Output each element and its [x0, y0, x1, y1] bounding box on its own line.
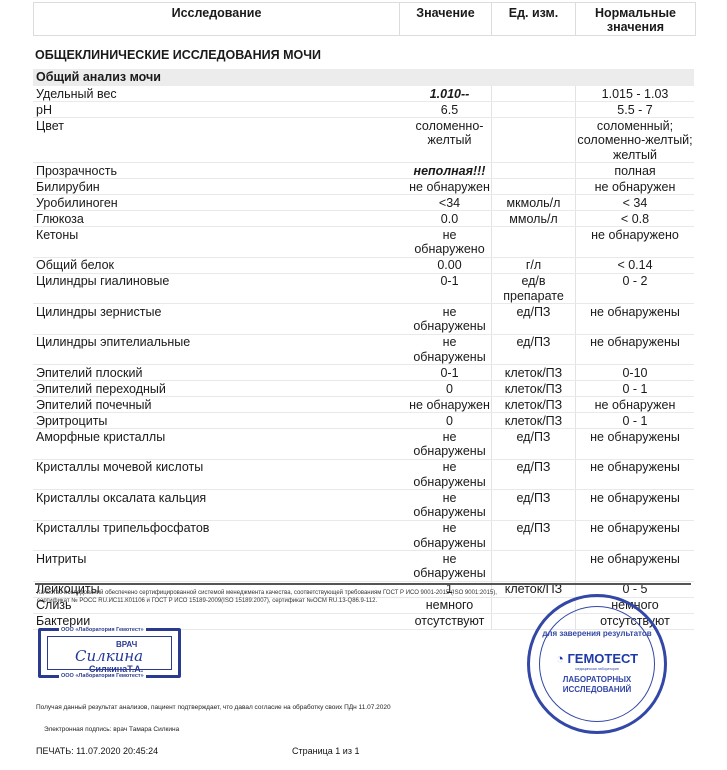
test-name: Удельный вес: [33, 86, 408, 101]
test-value: не обнаружены: [408, 551, 492, 581]
test-norm: не обнаружены: [576, 304, 694, 334]
table-row: Кристаллы оксалата кальцияне обнаруженые…: [33, 490, 694, 521]
table-row: Цветсоломенно-желтыйсоломенный; соломенн…: [33, 118, 694, 163]
subsection-title: Общий анализ мочи: [33, 69, 694, 86]
test-value: не обнаружено: [408, 227, 492, 257]
consent-note: Получая данный результат анализов, пацие…: [36, 704, 391, 711]
test-norm: не обнаружены: [576, 551, 694, 581]
test-name: Кристаллы трипельфосфатов: [33, 521, 408, 551]
seal-line2: ЛАБОРАТОРНЫХ ИССЛЕДОВАНИЙ: [530, 675, 664, 695]
test-norm: 0 - 1: [576, 413, 694, 428]
table-row: Кристаллы мочевой кислотыне обнаруженыед…: [33, 460, 694, 491]
test-unit: ед/ПЗ: [492, 429, 576, 459]
test-value: 0-1: [408, 365, 492, 380]
test-value: не обнаружены: [408, 460, 492, 490]
test-name: Кристаллы мочевой кислоты: [33, 460, 408, 490]
table-row: Удельный вес1.010--1.015 - 1.03: [33, 86, 694, 102]
test-value: 0: [408, 413, 492, 428]
seal-brand-logo: ◔ ГЕМОТЕСТ: [530, 651, 664, 666]
test-unit: [492, 118, 576, 162]
test-unit: клеток/ПЗ: [492, 365, 576, 380]
test-unit: клеток/ПЗ: [492, 381, 576, 396]
electronic-signature: Электронная подпись: врач Тамара Силкина: [44, 726, 179, 733]
seal-brand: ГЕМОТЕСТ: [567, 651, 638, 666]
results-rows: Удельный вес1.010--1.015 - 1.03pH6.55.5 …: [33, 86, 694, 630]
header-norm: Нормальные значения: [576, 3, 695, 35]
quality-note: Качество исследований обеспечено сертифи…: [37, 589, 507, 605]
test-value: неполная!!!: [408, 163, 492, 178]
test-name: Цвет: [33, 118, 408, 162]
test-unit: ед/ПЗ: [492, 304, 576, 334]
test-norm: 5.5 - 7: [576, 102, 694, 117]
test-name: Цилиндры зернистые: [33, 304, 408, 334]
table-row: Общий белок0.00г/л< 0.14: [33, 258, 694, 274]
table-row: Уробилиноген<34мкмоль/л< 34: [33, 195, 694, 211]
test-name: Эпителий плоский: [33, 365, 408, 380]
stamp-org-bottom: ООО «Лаборатория Гемотест»: [59, 673, 146, 679]
test-value: не обнаружен: [408, 397, 492, 412]
header-test: Исследование: [34, 3, 400, 35]
test-unit: мкмоль/л: [492, 195, 576, 210]
test-norm: полная: [576, 163, 694, 178]
test-norm: не обнаружены: [576, 490, 694, 520]
test-name: Аморфные кристаллы: [33, 429, 408, 459]
table-row: Цилиндры зернистыене обнаруженыед/ПЗне о…: [33, 304, 694, 335]
test-unit: ммоль/л: [492, 211, 576, 226]
test-name: Билирубин: [33, 179, 408, 194]
test-norm: 0-10: [576, 365, 694, 380]
test-norm: < 0.14: [576, 258, 694, 273]
test-value: отсутствуют: [408, 614, 492, 629]
table-row: Кристаллы трипельфосфатовне обнаруженыед…: [33, 521, 694, 552]
test-name: Прозрачность: [33, 163, 408, 178]
table-row: Кетоныне обнаруженоне обнаружено: [33, 227, 694, 258]
seal-tagline: медицинская лаборатория: [530, 667, 664, 671]
header-unit: Ед. изм.: [492, 3, 576, 35]
test-norm: не обнаружен: [576, 397, 694, 412]
test-value: не обнаружены: [408, 429, 492, 459]
stamp-org-top: ООО «Лаборатория Гемотест»: [59, 627, 146, 633]
print-timestamp: ПЕЧАТЬ: 11.07.2020 20:45:24: [36, 746, 158, 756]
test-value: 0-1: [408, 274, 492, 304]
logo-icon: ◔: [556, 651, 564, 666]
test-value: 0.00: [408, 258, 492, 273]
test-name: Кристаллы оксалата кальция: [33, 490, 408, 520]
test-name: Эритроциты: [33, 413, 408, 428]
test-value: 0: [408, 381, 492, 396]
table-row: Нитритыне обнаруженыне обнаружены: [33, 551, 694, 582]
test-unit: г/л: [492, 258, 576, 273]
test-norm: соломенный; соломенно-желтый; желтый: [576, 118, 694, 162]
test-name: Нитриты: [33, 551, 408, 581]
test-name: pH: [33, 102, 408, 117]
test-norm: < 34: [576, 195, 694, 210]
test-value: не обнаружены: [408, 521, 492, 551]
test-value: 0.0: [408, 211, 492, 226]
doctor-stamp: ООО «Лаборатория Гемотест» ВРАЧ Силкина …: [38, 628, 181, 678]
test-name: Уробилиноген: [33, 195, 408, 210]
table-row: Эритроциты0клеток/ПЗ0 - 1: [33, 413, 694, 429]
test-unit: [492, 163, 576, 178]
test-unit: клеток/ПЗ: [492, 413, 576, 428]
results-table: Общий анализ мочи Удельный вес1.010--1.0…: [33, 69, 694, 630]
test-name: Эпителий переходный: [33, 381, 408, 396]
lab-seal: для заверения результатов ◔ ГЕМОТЕСТ мед…: [527, 594, 667, 734]
test-norm: 0 - 2: [576, 274, 694, 304]
test-norm: не обнаружены: [576, 460, 694, 490]
test-value: не обнаружены: [408, 304, 492, 334]
test-norm: не обнаружен: [576, 179, 694, 194]
test-value: <34: [408, 195, 492, 210]
section-title: ОБЩЕКЛИНИЧЕСКИЕ ИССЛЕДОВАНИЯ МОЧИ: [35, 48, 321, 62]
test-name: Эпителий почечный: [33, 397, 408, 412]
test-unit: [492, 551, 576, 581]
test-unit: ед/ПЗ: [492, 521, 576, 551]
test-norm: < 0.8: [576, 211, 694, 226]
test-value: не обнаружены: [408, 490, 492, 520]
signature: Силкина: [75, 647, 143, 665]
test-norm: не обнаружены: [576, 429, 694, 459]
test-value: не обнаружены: [408, 335, 492, 365]
test-unit: [492, 102, 576, 117]
table-row: Эпителий плоский0-1клеток/ПЗ0-10: [33, 365, 694, 381]
test-unit: ед/ПЗ: [492, 335, 576, 365]
test-name: Глюкоза: [33, 211, 408, 226]
seal-line1: для заверения результатов: [530, 629, 664, 638]
test-norm: 0 - 1: [576, 381, 694, 396]
test-unit: [492, 179, 576, 194]
page-number: Страница 1 из 1: [292, 746, 359, 756]
table-row: Билирубинне обнаруженне обнаружен: [33, 179, 694, 195]
test-unit: [492, 86, 576, 101]
table-row: Глюкоза0.0ммоль/л< 0.8: [33, 211, 694, 227]
test-norm: не обнаружено: [576, 227, 694, 257]
test-name: Цилиндры гиалиновые: [33, 274, 408, 304]
test-value: соломенно-желтый: [408, 118, 492, 162]
table-row: Цилиндры эпителиальныене обнаруженыед/ПЗ…: [33, 335, 694, 366]
test-value: не обнаружен: [408, 179, 492, 194]
test-unit: ед/ПЗ: [492, 490, 576, 520]
test-norm: 1.015 - 1.03: [576, 86, 694, 101]
table-row: Эпителий почечныйне обнаруженклеток/ПЗне…: [33, 397, 694, 413]
table-row: Аморфные кристаллыне обнаруженыед/ПЗне о…: [33, 429, 694, 460]
table-header: Исследование Значение Ед. изм. Нормальны…: [33, 2, 696, 36]
table-row: pH6.55.5 - 7: [33, 102, 694, 118]
table-row: Цилиндры гиалиновые0-1ед/в препарате0 - …: [33, 274, 694, 305]
test-norm: не обнаружены: [576, 335, 694, 365]
table-row: Прозрачностьнеполная!!!полная: [33, 163, 694, 179]
test-value: 1.010--: [408, 86, 492, 101]
test-unit: [492, 227, 576, 257]
test-unit: клеток/ПЗ: [492, 397, 576, 412]
test-name: Общий белок: [33, 258, 408, 273]
divider: [35, 583, 691, 585]
table-row: Эпителий переходный0клеток/ПЗ0 - 1: [33, 381, 694, 397]
test-value: 6.5: [408, 102, 492, 117]
test-norm: не обнаружены: [576, 521, 694, 551]
test-unit: ед/в препарате: [492, 274, 576, 304]
test-name: Кетоны: [33, 227, 408, 257]
test-unit: ед/ПЗ: [492, 460, 576, 490]
test-name: Цилиндры эпителиальные: [33, 335, 408, 365]
header-value: Значение: [400, 3, 492, 35]
